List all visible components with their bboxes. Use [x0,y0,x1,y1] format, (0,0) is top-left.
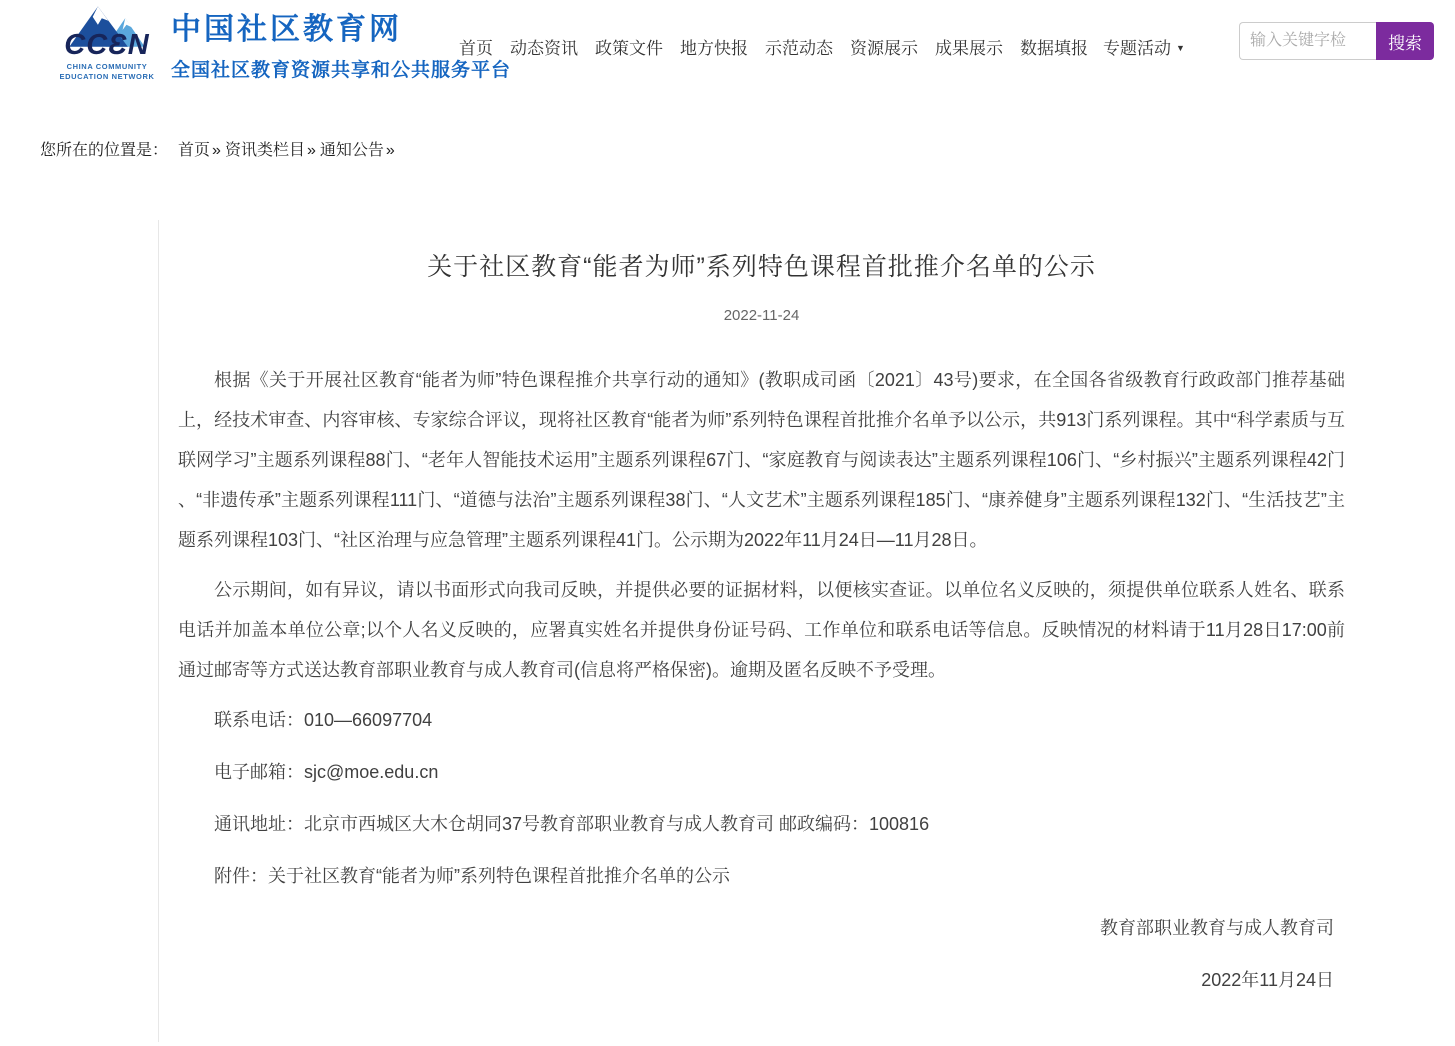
nav-item[interactable]: 资源展示 [850,34,918,59]
contact-line: 电子邮箱：sjc@moe.edu.cn [178,752,1345,792]
main-nav: 首页动态资讯政策文件地方快报示范动态资源展示成果展示数据填报 [459,34,1088,59]
search-bar: 搜索 [1239,22,1434,60]
article-title: 关于社区教育“能者为师”系列特色课程首批推介名单的公示 [178,247,1345,283]
nav-item[interactable]: 成果展示 [935,34,1003,59]
search-input[interactable] [1239,22,1376,60]
attachment-label: 附件： [214,866,268,886]
contact-info: 联系电话：010—66097704电子邮箱：sjc@moe.edu.cn通讯地址… [178,700,1345,844]
article-paragraph: 根据《关于开展社区教育“能者为师”特色课程推介共享行动的通知》(教职成司函〔20… [178,360,1345,560]
site-header: CCƐN CHINA COMMUNITY EDUCATION NETWORK 中… [0,0,1455,96]
breadcrumb-link[interactable]: 首页» [178,137,221,160]
attachment-link[interactable]: 关于社区教育“能者为师”系列特色课程首批推介名单的公示 [268,866,730,886]
nav-item[interactable]: 首页 [459,34,493,59]
article-body: 根据《关于开展社区教育“能者为师”特色课程推介共享行动的通知》(教职成司函〔20… [178,360,1345,690]
breadcrumb-separator: » [307,142,316,159]
breadcrumb-separator: » [386,142,395,159]
nav-item[interactable]: 地方快报 [680,34,748,59]
signature-date: 2022年11月24日 [178,960,1334,1000]
article-paragraph: 公示期间，如有异议，请以书面形式向我司反映，并提供必要的证据材料，以便核实查证。… [178,570,1345,690]
breadcrumb-link[interactable]: 资讯类栏目» [225,137,316,160]
breadcrumb-separator: » [212,142,221,159]
article-date: 2022-11-24 [178,307,1345,324]
logo-acronym: CCƐN [55,31,159,60]
chevron-down-icon: ▼ [1176,43,1185,53]
nav-item[interactable]: 示范动态 [765,34,833,59]
breadcrumb: 您所在的位置是： 首页»资讯类栏目»通知公告» [40,137,1455,160]
nav-item[interactable]: 动态资讯 [510,34,578,59]
contact-line: 通讯地址：北京市西城区大木仓胡同37号教育部职业教育与成人教育司 邮政编码：10… [178,804,1345,844]
nav-item-special-topics[interactable]: 专题活动 ▼ [1103,34,1185,59]
search-button[interactable]: 搜索 [1376,22,1434,60]
signature-department: 教育部职业教育与成人教育司 [178,908,1334,948]
nav-item[interactable]: 政策文件 [595,34,663,59]
site-logo[interactable]: CCƐN CHINA COMMUNITY EDUCATION NETWORK 中… [55,4,511,82]
signature-block: 教育部职业教育与成人教育司 2022年11月24日 [178,908,1345,1000]
contact-line: 联系电话：010—66097704 [178,700,1345,740]
attachment-line: 附件：关于社区教育“能者为师”系列特色课程首批推介名单的公示 [178,856,1345,896]
nav-item[interactable]: 数据填报 [1020,34,1088,59]
logo-mark: CCƐN CHINA COMMUNITY EDUCATION NETWORK [55,5,159,81]
article-panel: 关于社区教育“能者为师”系列特色课程首批推介名单的公示 2022-11-24 根… [158,220,1455,1042]
breadcrumb-link[interactable]: 通知公告» [320,137,395,160]
breadcrumb-label: 您所在的位置是： [40,137,168,160]
logo-english-name: CHINA COMMUNITY EDUCATION NETWORK [55,62,159,81]
site-subtitle: 全国社区教育资源共享和公共服务平台 [171,55,511,82]
